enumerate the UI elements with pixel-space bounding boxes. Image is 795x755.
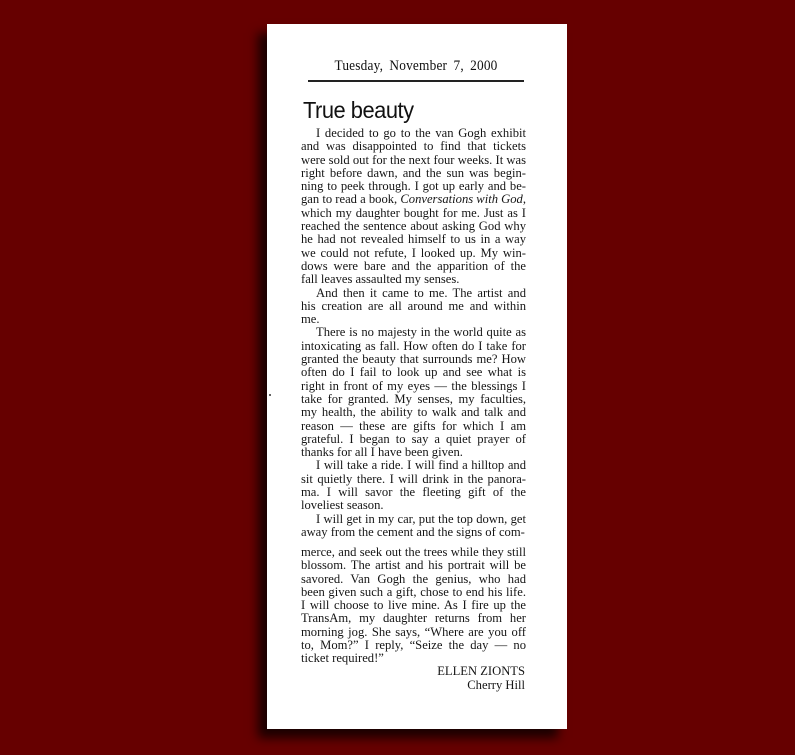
paragraph-4: I will take a ride. I will find a hillto… xyxy=(301,459,526,512)
book-title: Conversations with God xyxy=(400,192,522,206)
article-body-part-1: I decided to go to the van Gogh exhibit … xyxy=(301,127,526,539)
headline: True beauty xyxy=(303,97,414,124)
author-name: ELLEN ZIONTS xyxy=(437,665,525,679)
byline: ELLEN ZIONTS Cherry Hill xyxy=(437,665,525,692)
dateline-rule xyxy=(308,80,524,82)
article-body-part-2: merce, and seek out the trees while they… xyxy=(301,546,526,666)
print-speck xyxy=(269,394,271,396)
dateline: Tuesday, November 7, 2000 xyxy=(317,58,516,75)
newspaper-clipping: Tuesday, November 7, 2000 True beauty I … xyxy=(267,24,567,729)
paragraph-5-continued: merce, and seek out the trees while they… xyxy=(301,546,526,666)
paragraph-3: There is no majesty in the world quite a… xyxy=(301,326,526,459)
paragraph-5: I will get in my car, put the top down, … xyxy=(301,513,526,540)
paragraph-2: And then it came to me. The artist and h… xyxy=(301,287,526,327)
paragraph-1: I decided to go to the van Gogh exhibit … xyxy=(301,127,526,287)
author-location: Cherry Hill xyxy=(437,679,525,693)
